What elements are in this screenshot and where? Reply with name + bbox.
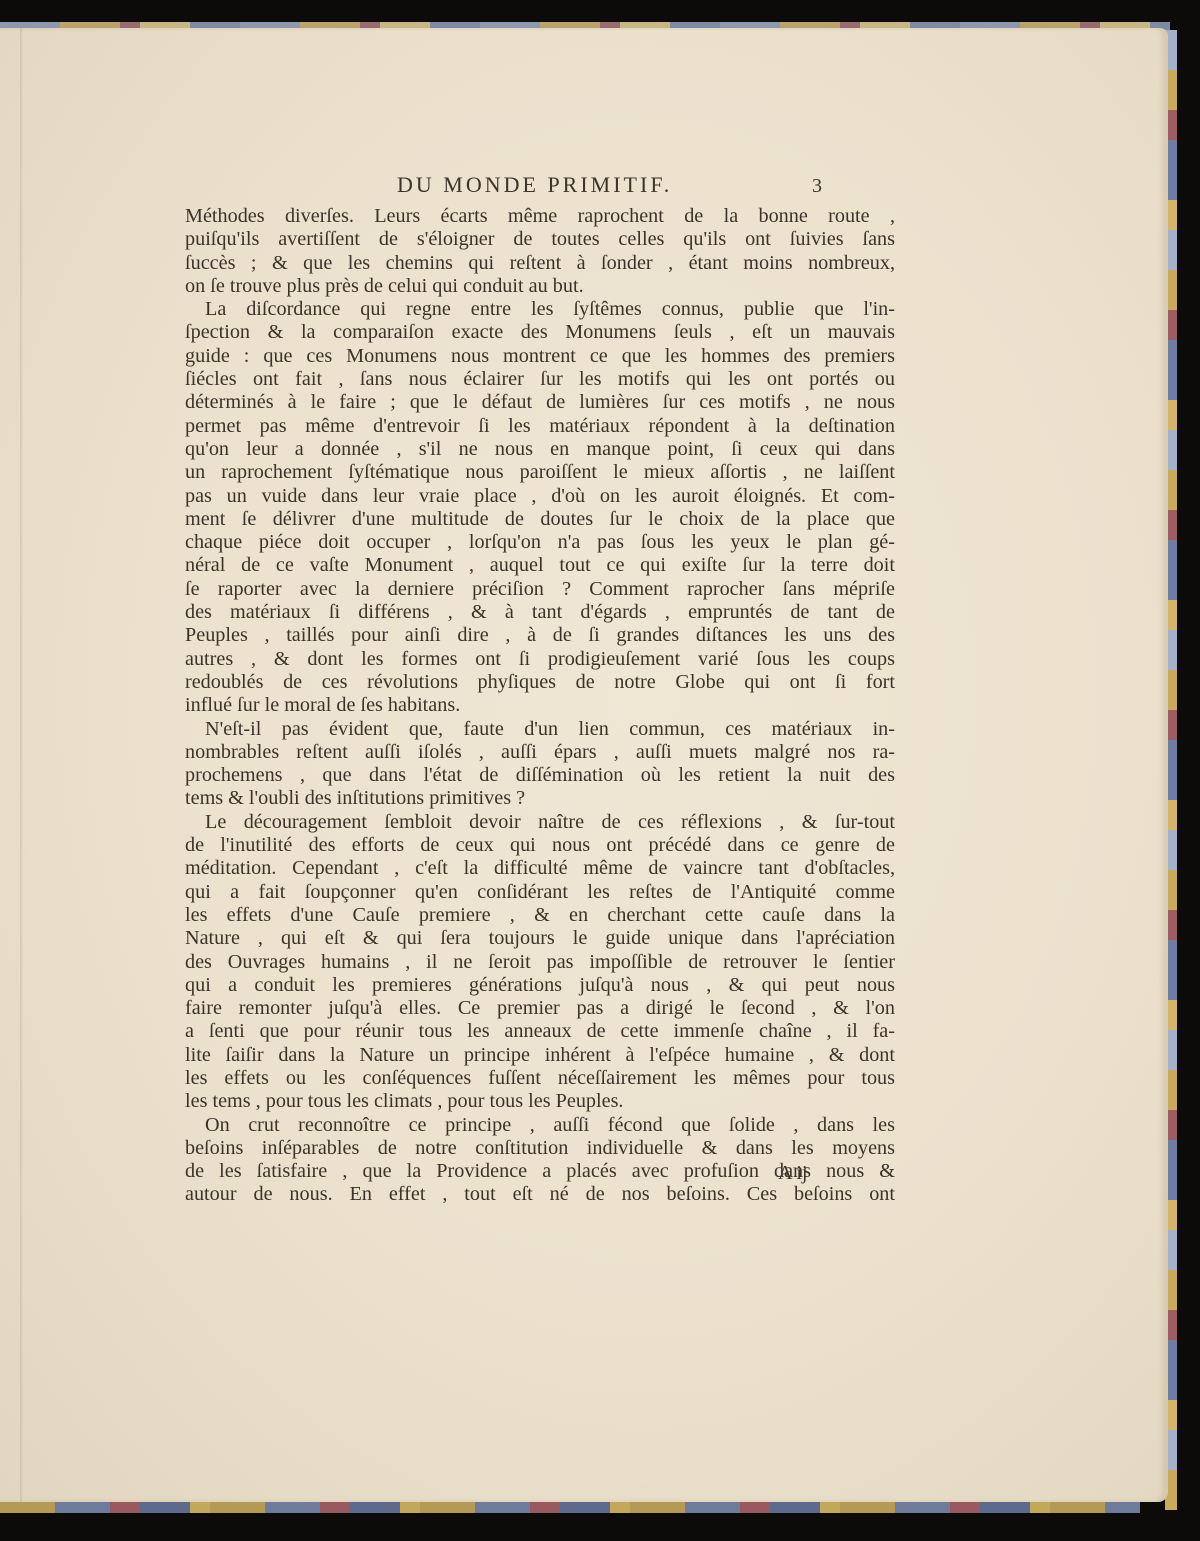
text-line: des matériaux ſi différens , & à tant d'…	[185, 601, 895, 624]
text-line: faire remonter juſqu'à elles. Ce premier…	[185, 997, 895, 1020]
paragraph: Le découragement ſembloit devoir naître …	[185, 811, 895, 1114]
text-line: les tems , pour tous les climats , pour …	[185, 1090, 895, 1113]
text-line: Méthodes diverſes. Leurs écarts même rap…	[185, 205, 895, 228]
text-line: lite ſaiſir dans la Nature un principe i…	[185, 1044, 895, 1067]
signature-mark: A ij	[778, 1162, 807, 1185]
text-line: prochemens , que dans l'état de diſſémin…	[185, 764, 895, 787]
text-line: ſuccès ; & que les chemins qui reſtent à…	[185, 252, 895, 275]
text-line: a ſenti que pour réunir tous les anneaux…	[185, 1020, 895, 1043]
text-line: N'eſt-il pas évident que, faute d'un lie…	[185, 718, 895, 741]
text-line: puiſqu'ils avertiſſent de s'éloigner de …	[185, 228, 895, 251]
text-line: qu'on leur a donnée , s'il ne nous en ma…	[185, 438, 895, 461]
text-line: ment ſe délivrer d'une multitude de dout…	[185, 508, 895, 531]
text-line: un raprochement ſyſtématique nous paroiſ…	[185, 461, 895, 484]
text-line: pas un vuide dans leur vraie place , d'o…	[185, 485, 895, 508]
text-line: guide : que ces Monumens nous montrent c…	[185, 345, 895, 368]
text-line: des Ouvrages humains , il ne ſeroit pas …	[185, 951, 895, 974]
text-line: autres , & dont les formes ont ſi prodig…	[185, 648, 895, 671]
text-line: ſe raporter avec la derniere préciſion ?…	[185, 578, 895, 601]
text-line: déterminés à le faire ; que le défaut de…	[185, 391, 895, 414]
body-text: Méthodes diverſes. Leurs écarts même rap…	[185, 205, 895, 1207]
text-line: Nature , qui eſt & qui ſera toujours le …	[185, 927, 895, 950]
page-gutter	[20, 28, 23, 1502]
text-line: de l'inutilité des efforts de ceux qui n…	[185, 834, 895, 857]
paragraph: Méthodes diverſes. Leurs écarts même rap…	[185, 205, 895, 298]
text-line: les effets d'une Cauſe premiere , & en c…	[185, 904, 895, 927]
text-line: qui a conduit les premieres générations …	[185, 974, 895, 997]
text-line: ſpection & la comparaiſon exacte des Mon…	[185, 321, 895, 344]
text-line: ſiécles ont fait , ſans nous éclairer ſu…	[185, 368, 895, 391]
text-line: chaque piéce doit occuper , lorſqu'on n'…	[185, 531, 895, 554]
text-line: méditation. Cependant , c'eſt la difficu…	[185, 857, 895, 880]
text-line: La diſcordance qui regne entre les ſyſtê…	[185, 298, 895, 321]
text-line: permet pas même d'entrevoir ſi les matér…	[185, 415, 895, 438]
text-line: néral de ce vaſte Monument , auquel tout…	[185, 554, 895, 577]
text-line: beſoins inſéparables de notre conſtituti…	[185, 1137, 895, 1160]
text-line: tems & l'oubli des inſtitutions primitiv…	[185, 787, 895, 810]
text-line: autour de nous. En effet , tout eſt né d…	[185, 1183, 895, 1206]
text-line: Peuples , taillés pour ainſi dire , à de…	[185, 624, 895, 647]
paragraph: N'eſt-il pas évident que, faute d'un lie…	[185, 718, 895, 811]
text-line: nombrables reſtent auſſi iſolés , auſſi …	[185, 741, 895, 764]
text-line: On crut reconnoître ce principe , auſſi …	[185, 1114, 895, 1137]
text-line: qui a fait ſoupçonner qu'en conſidérant …	[185, 881, 895, 904]
text-line: on ſe trouve plus près de celui qui cond…	[185, 275, 895, 298]
running-head-title: DU MONDE PRIMITIF.	[397, 172, 672, 198]
text-line: Le découragement ſembloit devoir naître …	[185, 811, 895, 834]
text-line: les effets ou les conſéquences fuſſent n…	[185, 1067, 895, 1090]
paragraph: On crut reconnoître ce principe , auſſi …	[185, 1114, 895, 1207]
paragraph: La diſcordance qui regne entre les ſyſtê…	[185, 298, 895, 717]
text-line: influé ſur le moral de ſes habitans.	[185, 694, 895, 717]
page-number: 3	[812, 175, 822, 198]
text-line: redoublés de ces révolutions phyſiques d…	[185, 671, 895, 694]
